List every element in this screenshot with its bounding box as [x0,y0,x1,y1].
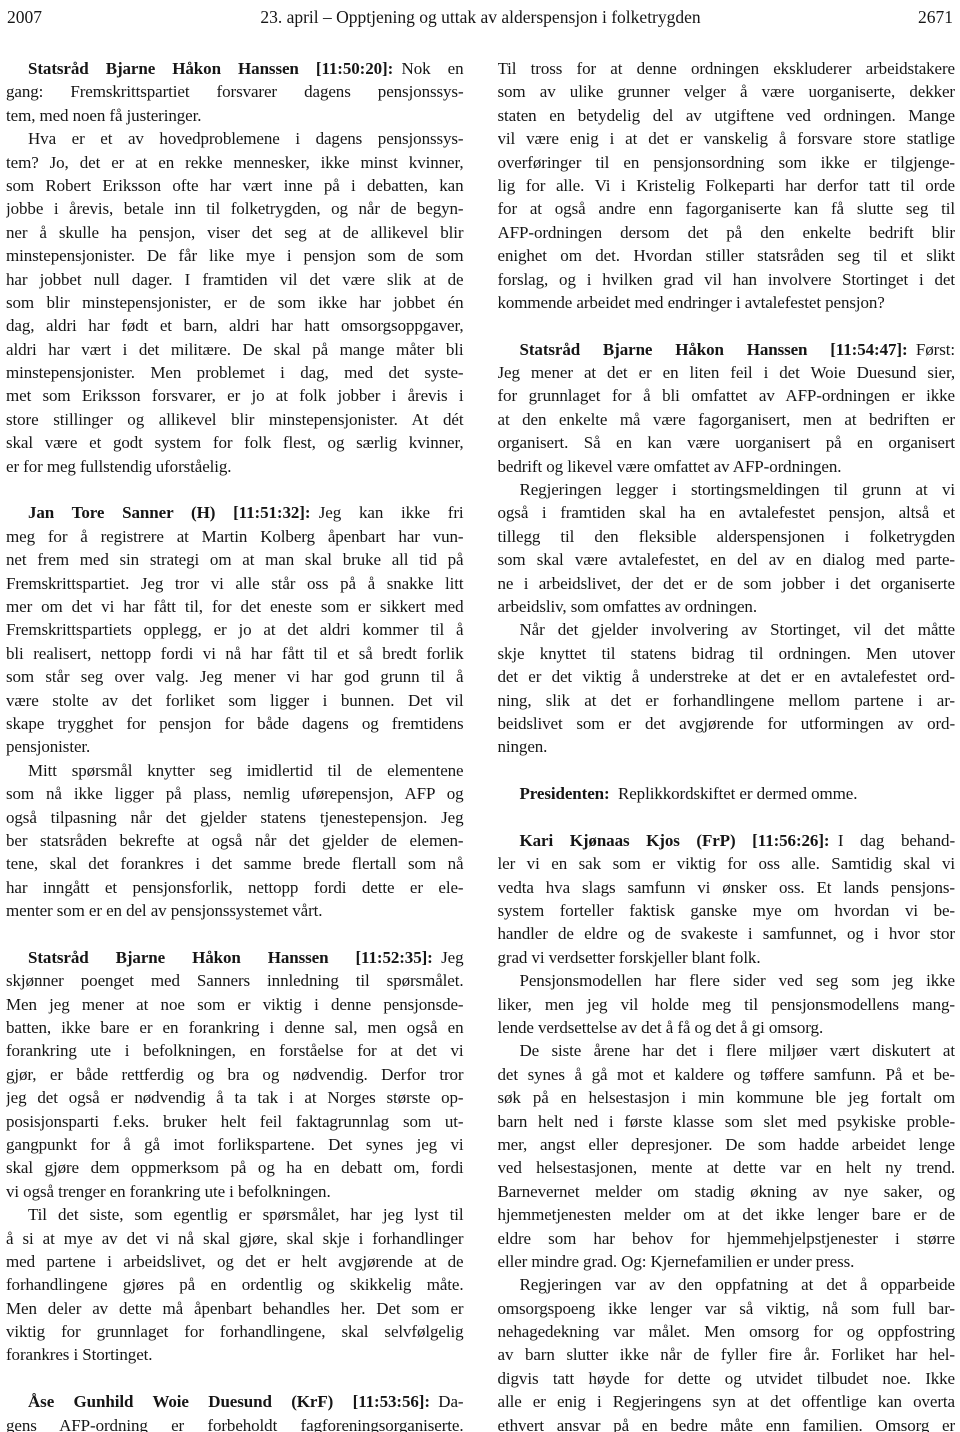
speech-block: Åse Gunhild Woie Duesund (KrF) [11:53:56… [6,1390,464,1432]
text-line: ner å skulle ha pensjon, viser det seg a… [6,221,464,244]
text-line: menter som er en del av pensjonssystemet… [6,899,464,922]
text-line: skje knyttet til statens bidrag til ordn… [498,642,956,665]
text-line: Når det gjelder involvering av Stortinge… [498,618,956,641]
text-line: det synes å gå mot et kaldere og tøffere… [498,1063,956,1086]
text-line: tem, med noen få justeringer. [6,104,464,127]
text-line: mer om det vi har fått til, for det enes… [6,595,464,618]
paragraph: Statsråd Bjarne Håkon Hanssen [11:52:35]… [6,946,464,1203]
text-line: aldri har vært i det militære. De skal p… [6,338,464,361]
text-line: har inngått et pensjonsforlik, nettopp f… [6,876,464,899]
paragraph: Jan Tore Sanner (H) [11:51:32]: Jeg kan … [6,501,464,758]
text-line: Presidenten: Replikkordskiftet er dermed… [498,782,956,805]
text-line: handler de eldre og de svakeste i samfun… [498,922,956,945]
text-line: Jeg mener at det er en liten feil i det … [498,361,956,384]
text-line: også i framtiden skal ha en avtalefestet… [498,501,956,524]
text-line: De siste årene har det i flere miljøer v… [498,1039,956,1062]
text-line: er for meg fullstendig uforståelig. [6,455,464,478]
speech-block: Presidenten: Replikkordskiftet er dermed… [498,782,956,805]
paragraph: Pensjonsmodellen har flere sider ved seg… [498,969,956,1039]
paragraph: Regjeringen legger i stortingsmeldingen … [498,478,956,618]
text-line: jeg det også er nødvendig å ta tak i at … [6,1086,464,1109]
paragraph: Regjeringen var av den oppfatning at det… [498,1273,956,1432]
text-line: Kari Kjønaas Kjos (FrP) [11:56:26]: I da… [498,829,956,852]
speaker-name: Statsråd Bjarne Håkon Hanssen [11:54:47]… [520,340,908,359]
paragraph: Åse Gunhild Woie Duesund (KrF) [11:53:56… [6,1390,464,1432]
speaker-name: Åse Gunhild Woie Duesund (KrF) [11:53:56… [28,1392,430,1411]
paragraph: Til det siste, som egentlig er spørsmåle… [6,1203,464,1367]
text-line: ber statsråden bekrefte at også når det … [6,829,464,852]
paragraph: Når det gjelder involvering av Stortinge… [498,618,956,758]
text-line: organisert. Så en kan være uorganisert p… [498,431,956,454]
text-line: Pensjonsmodellen har flere sider ved seg… [498,969,956,992]
text-line: som Robert Eriksson ofte har vært inne p… [6,174,464,197]
paragraph: Mitt spørsmål knytter seg imidlertid til… [6,759,464,923]
text-line: liker, men jeg vil holde meg til pensjon… [498,993,956,1016]
text-line: digvis tatt høyde for dette og utvidet t… [498,1367,956,1390]
text-line: med partene i arbeidslivet, og det er he… [6,1250,464,1273]
text-line: Regjeringen legger i stortingsmeldingen … [498,478,956,501]
paragraph: Kari Kjønaas Kjos (FrP) [11:56:26]: I da… [498,829,956,969]
text-line: minstepensjonister. Men problemet i dag,… [6,361,464,384]
text-line: enighet om det. Hvordan stiller statsråd… [498,244,956,267]
text-line: AFP-ordningen dersom det på den enkelte … [498,221,956,244]
document-page: 2007 23. april – Opptjening og uttak av … [0,0,960,1432]
text-line: arbeidsliv, som omfattes av ordningen. [498,595,956,618]
text-line: for grunnlaget for å bli omfattet av AFP… [498,384,956,407]
speech-block: Statsråd Bjarne Håkon Hanssen [11:52:35]… [6,946,464,1367]
text-line: dag, aldri har født et barn, aldri har h… [6,314,464,337]
text-line: net frem med sin strategi om at man skal… [6,548,464,571]
text-line: være stolte av det forliket som ligger i… [6,689,464,712]
text-line: Statsråd Bjarne Håkon Hanssen [11:50:20]… [6,57,464,80]
speaker-name: Presidenten: [520,784,610,803]
text-line: store stillinger og allikevel blir minst… [6,408,464,431]
text-line: gang: Fremskrittspartiet forsvarer dagen… [6,80,464,103]
session-title: 23. april – Opptjening og uttak av alder… [6,5,955,29]
text-line: at den enkelte må være fagorganisert, me… [498,408,956,431]
text-line: vi også trenger en forankring ute i befo… [6,1180,464,1203]
text-line: staten en betydelig del av utgiftene ved… [498,104,956,127]
text-line: det er det viktig å understreke at det e… [498,665,956,688]
text-line: hjemmetjenesten melder om at det ikke le… [498,1203,956,1226]
text-line: vedta hva slags samfunn vi ønsker oss. E… [498,876,956,899]
speech-block: Kari Kjønaas Kjos (FrP) [11:56:26]: I da… [498,829,956,1432]
text-line: forslag, og i hvilken grad vil han invol… [498,268,956,291]
text-line: Til det siste, som egentlig er spørsmåle… [6,1203,464,1226]
text-line: gens AFP-ordning er forbeholdt fagforeni… [6,1414,464,1432]
text-line: pensjonister. [6,735,464,758]
text-line: jobbe i årevis, betale inn til folketryg… [6,197,464,220]
text-line: eller mindre grad. Og: Kjernefamilien er… [498,1250,956,1273]
text-line: skjønner poenget med Sanners innledning … [6,969,464,992]
text-line: skape trygghet for pensjon for både dage… [6,712,464,735]
text-line: som nå ikke ligger på plass, nemlig ufør… [6,782,464,805]
page-header: 2007 23. april – Opptjening og uttak av … [6,5,955,29]
text-line: forankres i Stortinget. [6,1343,464,1366]
text-line: Men deler av dette må åpenbart behandles… [6,1297,464,1320]
text-line: batten, ikke bare er en forankring i den… [6,1016,464,1039]
text-columns: Statsråd Bjarne Håkon Hanssen [11:50:20]… [6,57,955,1432]
text-line: skal gjøre dem oppmerksom på og ha en de… [6,1156,464,1179]
text-line: bedrift og likevel være omfattet av AFP-… [498,455,956,478]
speech-block: Statsråd Bjarne Håkon Hanssen [11:54:47]… [498,338,956,759]
year-label: 2007 [7,5,42,29]
text-line: forankring ute i befolkningen, en forstå… [6,1039,464,1062]
text-line: som av ulike grunner velger å være uorga… [498,80,956,103]
speaker-name: Jan Tore Sanner (H) [11:51:32]: [28,503,310,522]
text-line: beidslivet som er det avgjørende for utf… [498,712,956,735]
speech-block: Jan Tore Sanner (H) [11:51:32]: Jeg kan … [6,501,464,922]
text-line: også tilpasning når det gjelder statens … [6,806,464,829]
paragraph: Hva er et av hovedproblemene i dagens pe… [6,127,464,478]
text-line: Statsråd Bjarne Håkon Hanssen [11:54:47]… [498,338,956,361]
text-line: lig for alle. Vi i Kristelig Folkeparti … [498,174,956,197]
text-line: Fremskrittspartiet. Jeg tror vi alle stå… [6,572,464,595]
text-line: met som Eriksson forsvarer, er jo at fol… [6,384,464,407]
text-line: ler vi en sak som er viktig for oss alle… [498,852,956,875]
paragraph: De siste årene har det i flere miljøer v… [498,1039,956,1273]
text-line: omsorgspoeng ikke lenger var så viktig, … [498,1297,956,1320]
text-line: ning, slik at det er forhandlingene mell… [498,689,956,712]
text-line: grad vi verdsetter forskjeller blant fol… [498,946,956,969]
text-line: tem? Jo, det er at en rekke mennesker, i… [6,151,464,174]
text-line: som skal være avtalefestet, en del av en… [498,548,956,571]
text-line: mer, angst eller depresjoner. De som had… [498,1133,956,1156]
text-line: tene, skal det forankres i det samme bre… [6,852,464,875]
text-line: Regjeringen var av den oppfatning at det… [498,1273,956,1296]
text-line: ved helsestasjonen, mente at dette var e… [498,1156,956,1179]
text-line: barn helt ned i første klasse som slet m… [498,1110,956,1133]
text-line: posisjonsparti f.eks. bruker helt feil f… [6,1110,464,1133]
text-line: system forteller faktisk ganske mye om h… [498,899,956,922]
text-line: lende verdsettelse av det å få og det å … [498,1016,956,1039]
text-line: Statsråd Bjarne Håkon Hanssen [11:52:35]… [6,946,464,969]
text-line: Åse Gunhild Woie Duesund (KrF) [11:53:56… [6,1390,464,1413]
paragraph: Statsråd Bjarne Håkon Hanssen [11:54:47]… [498,338,956,478]
speaker-name: Statsråd Bjarne Håkon Hanssen [11:52:35]… [28,948,433,967]
text-line: alle er enig i Regjeringens syn at det o… [498,1390,956,1413]
text-line: Fremskrittspartiets opplegg, er jo at de… [6,618,464,641]
text-line: ningen. [498,735,956,758]
text-line: skal være et godt system for folk flest,… [6,431,464,454]
text-line: som står seg over valg. Jeg mener vi har… [6,665,464,688]
text-line: Mitt spørsmål knytter seg imidlertid til… [6,759,464,782]
speaker-name: Statsråd Bjarne Håkon Hanssen [11:50:20]… [28,59,393,78]
text-line: gangpunkt for å gå imot forlikspartene. … [6,1133,464,1156]
text-line: overføringer til en pensjonsordning som … [498,151,956,174]
text-line: ne i arbeidslivet, der det er de som job… [498,572,956,595]
text-line: for at også andre enn fagorganiserte kan… [498,197,956,220]
text-line: som blir minstepensjonister, er de som i… [6,291,464,314]
text-line: nehagedekning var målet. Men omsorg for … [498,1320,956,1343]
paragraph: Til tross for at denne ordningen eksklud… [498,57,956,314]
text-line: har jobbet null dager. I framtiden vil d… [6,268,464,291]
text-line: bli realisert, nettopp fordi vi nå har f… [6,642,464,665]
text-line: Hva er et av hovedproblemene i dagens pe… [6,127,464,150]
text-line: forhandlingene gjøres på en ordentlig og… [6,1273,464,1296]
speaker-name: Kari Kjønaas Kjos (FrP) [11:56:26]: [520,831,830,850]
text-line: vil være enig i at det er vanskelig å fo… [498,127,956,150]
text-line: ethvert ansvar på en bedre måte enn fami… [498,1414,956,1432]
text-line: kommende arbeidet med endringer i avtale… [498,291,956,314]
speech-block: Til tross for at denne ordningen eksklud… [498,57,956,314]
left-column: Statsråd Bjarne Håkon Hanssen [11:50:20]… [6,57,464,1432]
paragraph: Presidenten: Replikkordskiftet er dermed… [498,782,956,805]
text-line: Jan Tore Sanner (H) [11:51:32]: Jeg kan … [6,501,464,524]
text-line: Men jeg mener at noe som er viktig i den… [6,993,464,1016]
text-line: Til tross for at denne ordningen eksklud… [498,57,956,80]
text-line: Barnevernet melder om stadig økning av n… [498,1180,956,1203]
text-line: søk på en helsestasjon i min kommune ble… [498,1086,956,1109]
text-line: eldre som har behov for hjemmehjelpstjen… [498,1227,956,1250]
right-column: Til tross for at denne ordningen eksklud… [498,57,956,1432]
text-line: meg for å registrere at Martin Kolberg å… [6,525,464,548]
text-line: å si at mye av det vi nå skal gjøre, ska… [6,1227,464,1250]
text-line: tillegg til den fleksible alderspensjone… [498,525,956,548]
text-line: av barn slutter ikke når de fyller fire … [498,1343,956,1366]
paragraph: Statsråd Bjarne Håkon Hanssen [11:50:20]… [6,57,464,127]
text-line: minstepensjonister. De får like mye i pe… [6,244,464,267]
speech-block: Statsråd Bjarne Håkon Hanssen [11:50:20]… [6,57,464,478]
text-line: viktig for grunnlaget for forhandlingene… [6,1320,464,1343]
page-number: 2671 [918,5,953,29]
text-line: gjør, er både rettferdig og bra og nødve… [6,1063,464,1086]
